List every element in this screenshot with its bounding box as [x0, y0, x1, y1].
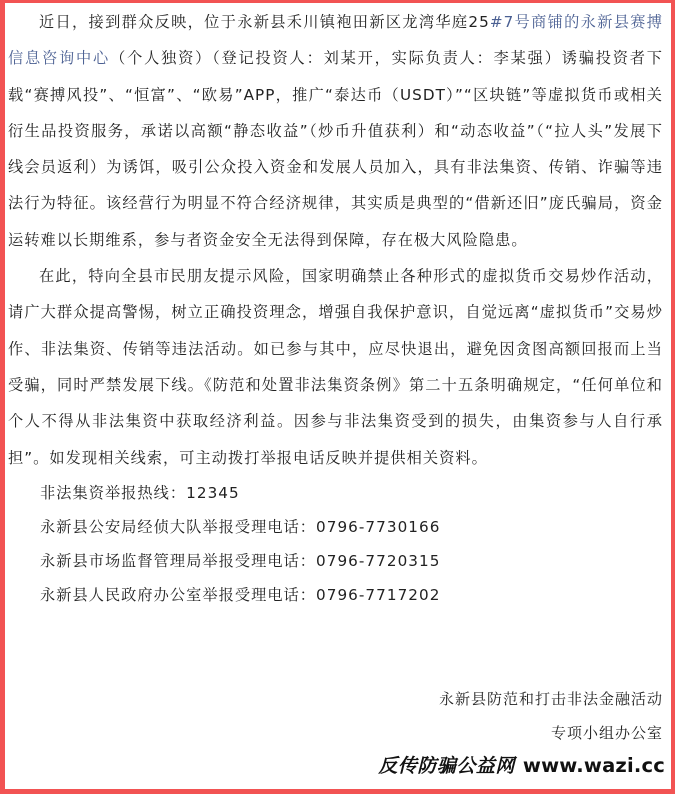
paragraph-1-lead: 近日，接到群众反映，位于永新县禾川镇袍田新区龙湾华庭25: [39, 13, 490, 31]
paragraph-2: 在此，特向全县市民朋友提示风险，国家明确禁止各种形式的虚拟货币交易炒作活动，请广…: [8, 258, 663, 476]
contact-label: 非法集资举报热线：: [40, 484, 186, 502]
contact-label: 永新县市场监督管理局举报受理电话：: [40, 552, 316, 570]
contact-market-supervision: 永新县市场监督管理局举报受理电话：0796-7720315: [8, 544, 663, 578]
signature-line-1: 永新县防范和打击非法金融活动: [439, 688, 663, 709]
contact-hotline: 非法集资举报热线：12345: [8, 476, 663, 510]
contact-number: 0796-7717202: [316, 586, 440, 604]
contact-number: 0796-7730166: [316, 518, 440, 536]
contact-label: 永新县公安局经侦大队举报受理电话：: [40, 518, 316, 536]
notice-body: 近日，接到群众反映，位于永新县禾川镇袍田新区龙湾华庭25#7号商铺的永新县赛搏信…: [8, 4, 663, 612]
signature-line-2: 专项小组办公室: [551, 722, 663, 743]
contact-label: 永新县人民政府办公室举报受理电话：: [40, 586, 316, 604]
paragraph-1-rest: （个人独资）（登记投资人：刘某开，实际负责人：李某强）诱骗投资者下载“赛搏风投”…: [8, 49, 663, 248]
paragraph-1: 近日，接到群众反映，位于永新县禾川镇袍田新区龙湾华庭25#7号商铺的永新县赛搏信…: [8, 4, 663, 258]
watermark-site-name: 反传防骗公益网: [378, 755, 515, 777]
watermark-url: www.wazi.cc: [523, 754, 665, 777]
contact-list: 非法集资举报热线：12345 永新县公安局经侦大队举报受理电话：0796-773…: [8, 476, 663, 612]
contact-number: 0796-7720315: [316, 552, 440, 570]
contact-government-office: 永新县人民政府办公室举报受理电话：0796-7717202: [8, 578, 663, 612]
contact-number: 12345: [186, 484, 240, 502]
watermark: 反传防骗公益网www.wazi.cc: [378, 751, 665, 778]
contact-police: 永新县公安局经侦大队举报受理电话：0796-7730166: [8, 510, 663, 544]
